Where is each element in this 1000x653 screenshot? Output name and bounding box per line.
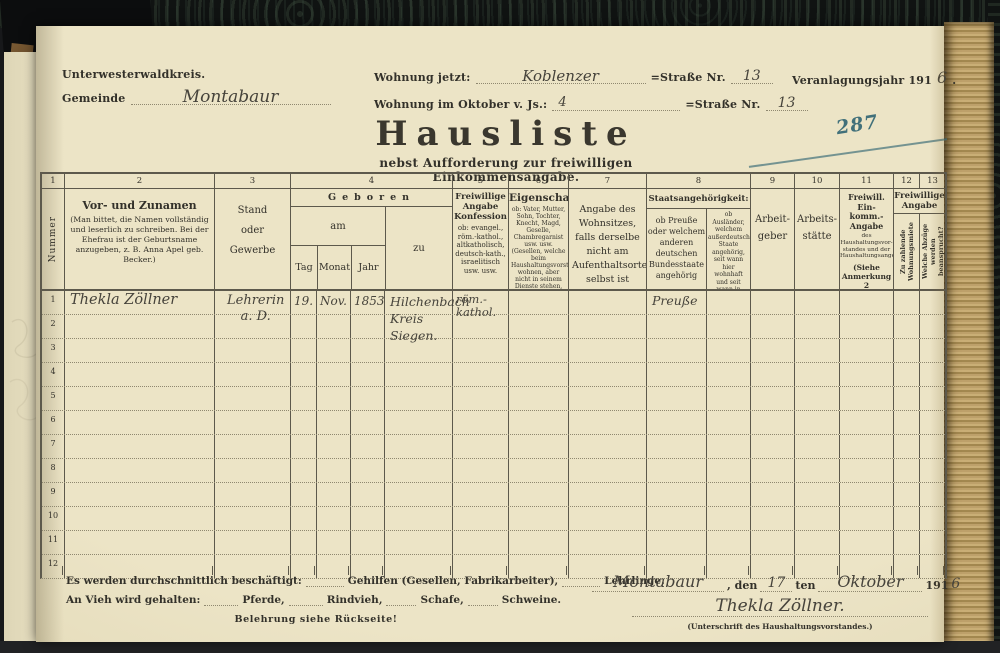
header-nummer: Nummer bbox=[42, 189, 64, 289]
cell-sta bbox=[646, 435, 706, 458]
cell-zu bbox=[384, 411, 452, 434]
column-number: 4 bbox=[290, 174, 452, 188]
beschaeftigt-label: Es werden durchschnittlich beschäftigt: bbox=[66, 575, 302, 587]
cell-eink bbox=[839, 459, 893, 482]
cell-miete bbox=[893, 387, 919, 410]
cell-eink bbox=[839, 435, 893, 458]
table-row: 4 bbox=[42, 363, 945, 387]
header-geboren-group: Geboren am Tag Monat Jahr zu bbox=[290, 189, 452, 289]
cell-wohnsitz bbox=[568, 435, 646, 458]
staat-title: Staatsangehörigkeit: bbox=[647, 189, 750, 209]
name-note: (Man bittet, die Namen vollständig und l… bbox=[65, 212, 214, 265]
table-row: 7 bbox=[42, 435, 945, 459]
cell-monat bbox=[316, 315, 350, 338]
handwritten-entry: 19. bbox=[294, 293, 313, 309]
den-label: , den bbox=[727, 579, 757, 592]
cell-name bbox=[64, 315, 214, 338]
cell-konfession bbox=[452, 363, 508, 386]
cell-tag bbox=[290, 483, 316, 506]
cell-eig bbox=[508, 315, 568, 338]
cell-wohnsitz bbox=[568, 339, 646, 362]
cell-zu bbox=[384, 459, 452, 482]
strasse-nr-okt-value: 13 bbox=[778, 95, 796, 111]
handwritten-entry: Thekla Zöllner bbox=[70, 292, 177, 308]
nummer-label: Nummer bbox=[48, 216, 58, 262]
cell-sta bbox=[646, 315, 706, 338]
blank-schafe bbox=[386, 593, 416, 606]
cell-jahr bbox=[350, 363, 384, 386]
cell-monat bbox=[316, 531, 350, 554]
cell-miete bbox=[893, 507, 919, 530]
cell-arbs bbox=[794, 387, 839, 410]
cell-jahr bbox=[350, 531, 384, 554]
cell-jahr bbox=[350, 483, 384, 506]
cell-stand bbox=[214, 387, 290, 410]
veranlagung-year-value: 6 bbox=[937, 68, 947, 87]
cell-wohnsitz bbox=[568, 483, 646, 506]
scanned-book-page: Unterwesterwaldkreis. Gemeinde Montabaur… bbox=[0, 0, 1000, 653]
wohnung-oktober-value: 4 bbox=[552, 95, 566, 110]
row-number-cell: 10 bbox=[42, 507, 64, 530]
handwritten-entry: röm.- kathol. bbox=[456, 293, 496, 319]
cell-name: Thekla Zöllner bbox=[64, 291, 214, 314]
cell-jahr bbox=[350, 387, 384, 410]
schafe-label: Schafe, bbox=[420, 594, 463, 606]
header-konfession: Freiwillige Angabe Konfession ob: evange… bbox=[452, 189, 508, 289]
column-number: 12 bbox=[893, 174, 919, 188]
staat-auslaender-label: ob Ausländer, welchem außerdeutschen Sta… bbox=[706, 209, 750, 289]
cell-arbg bbox=[750, 363, 794, 386]
cell-monat bbox=[316, 507, 350, 530]
header-arbeitgeber: Arbeit- geber bbox=[750, 189, 794, 289]
cell-wohnsitz bbox=[568, 411, 646, 434]
cell-arbg bbox=[750, 339, 794, 362]
cell-eink bbox=[839, 483, 893, 506]
cell-abz bbox=[919, 387, 945, 410]
cell-sta bbox=[646, 459, 706, 482]
belehrung-notice: Belehrung siehe Rückseite! bbox=[146, 614, 486, 625]
cell-arbs bbox=[794, 507, 839, 530]
cell-miete bbox=[893, 291, 919, 314]
cell-wohnsitz bbox=[568, 507, 646, 530]
freiwillige-angabe-title: Freiwillige Angabe bbox=[894, 189, 945, 214]
einkommen-title: Freiwill. Ein- komm.-Angabe bbox=[840, 189, 893, 231]
cell-jahr bbox=[350, 339, 384, 362]
cell-arbs bbox=[794, 339, 839, 362]
stand-label: Stand oder Gewerbe bbox=[215, 189, 290, 261]
header-freiwillige-angabe-group: Freiwillige Angabe Zu zahlende Wohnungsm… bbox=[893, 189, 945, 289]
column-number: 6 bbox=[508, 174, 568, 188]
cell-konfession bbox=[452, 435, 508, 458]
cell-monat bbox=[316, 339, 350, 362]
miete-label: Zu zahlende Wohnungsmiete bbox=[899, 214, 915, 289]
wohnung-jetzt-value: Koblenzer bbox=[522, 67, 599, 85]
cell-sta bbox=[646, 339, 706, 362]
cell-wohnsitz bbox=[568, 459, 646, 482]
column-number: 9 bbox=[750, 174, 794, 188]
cell-arbg bbox=[750, 291, 794, 314]
cell-abz bbox=[919, 291, 945, 314]
handwritten-entry: Lehrerin a. D. bbox=[227, 293, 284, 325]
wohnung-oktober-label: Wohnung im Oktober v. Js.: bbox=[374, 98, 547, 111]
cell-name bbox=[64, 339, 214, 362]
zu-label: zu bbox=[385, 207, 452, 289]
table-row: 8 bbox=[42, 459, 945, 483]
cell-arbs bbox=[794, 435, 839, 458]
column-tick bbox=[792, 566, 837, 575]
schweine-label: Schweine. bbox=[502, 594, 561, 606]
cell-konfession bbox=[452, 507, 508, 530]
table-header-row: Nummer Vor- und Zunamen (Man bittet, die… bbox=[42, 189, 945, 291]
cell-konfession bbox=[452, 411, 508, 434]
cell-sta bbox=[646, 363, 706, 386]
cell-eig bbox=[508, 411, 568, 434]
column-number: 10 bbox=[794, 174, 839, 188]
cell-arbg bbox=[750, 531, 794, 554]
cell-abz bbox=[919, 531, 945, 554]
hausliste-table: 1 2 3 4 5 6 7 8 9 10 11 12 13 Nummer Vor… bbox=[40, 172, 947, 579]
column-tick bbox=[40, 566, 62, 575]
cell-stb bbox=[706, 459, 750, 482]
name-title: Vor- und Zunamen bbox=[65, 199, 214, 212]
cell-tag bbox=[290, 531, 316, 554]
column-tick bbox=[917, 566, 943, 575]
handwritten-entry: Preuße bbox=[652, 293, 698, 309]
cell-zu bbox=[384, 435, 452, 458]
jahr-label: Jahr bbox=[351, 246, 385, 289]
table-row: 6 bbox=[42, 411, 945, 435]
cell-eink bbox=[839, 411, 893, 434]
vieh-label: An Vieh wird gehalten: bbox=[66, 594, 200, 606]
cell-sta: Preuße bbox=[646, 291, 706, 314]
cell-arbg bbox=[750, 435, 794, 458]
row-number: 3 bbox=[42, 343, 64, 352]
cell-tag bbox=[290, 411, 316, 434]
cell-sta bbox=[646, 507, 706, 530]
cell-stb bbox=[706, 483, 750, 506]
blank-rindvieh bbox=[289, 593, 323, 606]
cell-zu bbox=[384, 483, 452, 506]
am-label: am bbox=[291, 207, 385, 246]
cell-stb bbox=[706, 507, 750, 530]
cell-name bbox=[64, 387, 214, 410]
cell-abz bbox=[919, 411, 945, 434]
table-body: 1Thekla ZöllnerLehrerin a. D.19.Nov.1853… bbox=[42, 291, 945, 578]
einkommen-note: (Siehe Anmerkung 2 Rückseite) bbox=[840, 260, 893, 289]
cell-miete bbox=[893, 459, 919, 482]
row-number: 10 bbox=[42, 511, 64, 520]
gemeinde-value: Montabaur bbox=[183, 87, 279, 107]
cell-arbg bbox=[750, 507, 794, 530]
cell-eink bbox=[839, 507, 893, 530]
row-number-cell: 2 bbox=[42, 315, 64, 338]
cell-stand bbox=[214, 363, 290, 386]
cell-sta bbox=[646, 411, 706, 434]
cell-stand bbox=[214, 411, 290, 434]
staat-preusse-label: ob Preuße oder welchem anderen deutschen… bbox=[647, 209, 706, 289]
column-number: 1 bbox=[42, 174, 64, 188]
table-row: 10 bbox=[42, 507, 945, 531]
cell-tag: 19. bbox=[290, 291, 316, 314]
row-number-cell: 8 bbox=[42, 459, 64, 482]
cell-arbg bbox=[750, 387, 794, 410]
handwritten-entry: Nov. bbox=[320, 293, 347, 309]
cell-wohnsitz bbox=[568, 387, 646, 410]
cell-name bbox=[64, 507, 214, 530]
cell-arbg bbox=[750, 483, 794, 506]
column-number: 7 bbox=[568, 174, 646, 188]
blank-schweine bbox=[468, 593, 498, 606]
cell-stand: Lehrerin a. D. bbox=[214, 291, 290, 314]
einkommen-sub: des Haushaltungsvor- standes und der Hau… bbox=[840, 231, 893, 260]
cell-wohnsitz bbox=[568, 531, 646, 554]
column-number: 3 bbox=[214, 174, 290, 188]
cell-arbs bbox=[794, 411, 839, 434]
cell-sta bbox=[646, 483, 706, 506]
column-number: 13 bbox=[919, 174, 945, 188]
cell-abz bbox=[919, 339, 945, 362]
header-miete: Zu zahlende Wohnungsmiete bbox=[894, 214, 919, 289]
cell-name bbox=[64, 459, 214, 482]
cell-miete bbox=[893, 483, 919, 506]
arbeitgeber-label: Arbeit- geber bbox=[751, 189, 794, 245]
cell-monat bbox=[316, 411, 350, 434]
cell-eig bbox=[508, 435, 568, 458]
rindvieh-label: Rindvieh, bbox=[327, 594, 383, 606]
cell-jahr bbox=[350, 411, 384, 434]
table-row: 11 bbox=[42, 531, 945, 555]
signature-caption: (Unterschrift des Haushaltungsvorstandes… bbox=[632, 622, 928, 631]
cell-konfession bbox=[452, 459, 508, 482]
column-number: 5 bbox=[452, 174, 508, 188]
geboren-label: Geboren bbox=[291, 189, 452, 207]
form-title: Hausliste bbox=[306, 114, 706, 154]
header-staat-group: Staatsangehörigkeit: ob Preuße oder welc… bbox=[646, 189, 750, 289]
cell-abz bbox=[919, 459, 945, 482]
column-number: 11 bbox=[839, 174, 893, 188]
cell-tag bbox=[290, 315, 316, 338]
row-number-cell: 11 bbox=[42, 531, 64, 554]
table-row: 1Thekla ZöllnerLehrerin a. D.19.Nov.1853… bbox=[42, 291, 945, 315]
row-number: 9 bbox=[42, 487, 64, 496]
cell-eig bbox=[508, 507, 568, 530]
cell-name bbox=[64, 411, 214, 434]
cell-eig bbox=[508, 483, 568, 506]
cell-monat bbox=[316, 435, 350, 458]
cell-eig bbox=[508, 459, 568, 482]
column-numbers-row: 1 2 3 4 5 6 7 8 9 10 11 12 13 bbox=[42, 174, 945, 189]
column-number: 8 bbox=[646, 174, 750, 188]
cell-monat bbox=[316, 459, 350, 482]
header-arbeitsstaette: Arbeits- stätte bbox=[794, 189, 839, 289]
strasse-nr-label-2: =Straße Nr. bbox=[685, 98, 760, 111]
blank-pferde bbox=[204, 593, 238, 606]
cell-arbs bbox=[794, 315, 839, 338]
row-number-cell: 7 bbox=[42, 435, 64, 458]
cell-abz bbox=[919, 507, 945, 530]
cell-stb bbox=[706, 363, 750, 386]
row-number: 1 bbox=[42, 295, 64, 304]
ort-value: Montabaur bbox=[613, 572, 703, 591]
cell-arbs bbox=[794, 483, 839, 506]
cell-miete bbox=[893, 531, 919, 554]
row-number-cell: 5 bbox=[42, 387, 64, 410]
cell-arbg bbox=[750, 459, 794, 482]
cell-monat bbox=[316, 363, 350, 386]
cell-eink bbox=[839, 315, 893, 338]
row-number: 4 bbox=[42, 367, 64, 376]
cell-eink bbox=[839, 531, 893, 554]
column-tick bbox=[943, 566, 944, 575]
handwritten-entry: 1853 bbox=[354, 293, 385, 309]
registry-flourish-line bbox=[749, 138, 947, 168]
cell-arbs bbox=[794, 291, 839, 314]
cell-tag bbox=[290, 507, 316, 530]
cell-monat bbox=[316, 483, 350, 506]
cell-abz bbox=[919, 363, 945, 386]
table-row: 3 bbox=[42, 339, 945, 363]
page-stack-edge bbox=[944, 22, 994, 653]
cell-stand bbox=[214, 531, 290, 554]
header-wohnsitz: Angabe des Wohnsitzes, falls derselbe ni… bbox=[568, 189, 646, 289]
cell-tag bbox=[290, 459, 316, 482]
cell-abz bbox=[919, 483, 945, 506]
cell-stb bbox=[706, 435, 750, 458]
eigenschaft-title: Eigenschaft bbox=[509, 189, 568, 204]
cell-konfession: röm.- kathol. bbox=[452, 291, 508, 314]
cell-name bbox=[64, 435, 214, 458]
veranlagung-label: Veranlagungsjahr 191 bbox=[792, 74, 932, 87]
cell-eig bbox=[508, 387, 568, 410]
cell-stand bbox=[214, 459, 290, 482]
cell-eig bbox=[508, 291, 568, 314]
gehilfen-label: Gehilfen (Gesellen, Fabrikarbeiter), bbox=[348, 575, 558, 587]
signature-line: Thekla Zöllner. bbox=[632, 596, 928, 617]
cell-sta bbox=[646, 531, 706, 554]
row-number: 11 bbox=[42, 535, 64, 544]
strasse-nr-label-1: =Straße Nr. bbox=[651, 71, 726, 84]
cell-name bbox=[64, 531, 214, 554]
cell-eink bbox=[839, 339, 893, 362]
konfession-note: ob: evangel., röm.-kathol., altkatholisc… bbox=[453, 222, 508, 275]
konfession-title: Freiwillige Angabe Konfession bbox=[453, 189, 508, 222]
district-label: Unterwesterwaldkreis. bbox=[62, 68, 205, 81]
cell-zu bbox=[384, 387, 452, 410]
cell-zu bbox=[384, 531, 452, 554]
cell-eink bbox=[839, 363, 893, 386]
blank-gehilfen bbox=[306, 574, 344, 587]
cell-arbs bbox=[794, 531, 839, 554]
cell-stb bbox=[706, 387, 750, 410]
cell-wohnsitz bbox=[568, 291, 646, 314]
cell-wohnsitz bbox=[568, 363, 646, 386]
cell-stand bbox=[214, 435, 290, 458]
cell-stb bbox=[706, 531, 750, 554]
cell-arbg bbox=[750, 411, 794, 434]
cell-zu: Hilchenbach Kreis Siegen. bbox=[384, 291, 452, 314]
row-number-cell: 9 bbox=[42, 483, 64, 506]
row-number-cell: 6 bbox=[42, 411, 64, 434]
cell-stand bbox=[214, 507, 290, 530]
cell-name bbox=[64, 363, 214, 386]
cell-jahr bbox=[350, 435, 384, 458]
row-number: 2 bbox=[42, 319, 64, 328]
cell-stb bbox=[706, 291, 750, 314]
table-row: 5 bbox=[42, 387, 945, 411]
gemeinde-label: Gemeinde bbox=[62, 92, 126, 105]
column-tick bbox=[748, 566, 792, 575]
tag-value: 17 bbox=[767, 575, 785, 591]
wohnsitz-label: Angabe des Wohnsitzes, falls derselbe ni… bbox=[569, 189, 646, 287]
ten-label: ten bbox=[795, 579, 815, 592]
header-einkommen: Freiwill. Ein- komm.-Angabe des Haushalt… bbox=[839, 189, 893, 289]
cell-arbs bbox=[794, 363, 839, 386]
row-number: 6 bbox=[42, 415, 64, 424]
cell-miete bbox=[893, 411, 919, 434]
cell-jahr: 1853 bbox=[350, 291, 384, 314]
cell-tag bbox=[290, 435, 316, 458]
cell-stand bbox=[214, 483, 290, 506]
monat-label: Monat bbox=[317, 246, 351, 289]
cell-jahr bbox=[350, 507, 384, 530]
cell-stb bbox=[706, 339, 750, 362]
row-number-cell: 4 bbox=[42, 363, 64, 386]
jahr-label: 191 bbox=[925, 579, 948, 592]
row-number-cell: 1 bbox=[42, 291, 64, 314]
cell-zu bbox=[384, 363, 452, 386]
cell-miete bbox=[893, 339, 919, 362]
cell-konfession bbox=[452, 483, 508, 506]
cell-tag bbox=[290, 387, 316, 410]
row-number: 7 bbox=[42, 439, 64, 448]
row-number: 8 bbox=[42, 463, 64, 472]
row-number-cell: 3 bbox=[42, 339, 64, 362]
cell-miete bbox=[893, 435, 919, 458]
signature-value: Thekla Zöllner. bbox=[715, 596, 844, 616]
cell-monat bbox=[316, 387, 350, 410]
cell-tag bbox=[290, 339, 316, 362]
header-name: Vor- und Zunamen (Man bittet, die Namen … bbox=[64, 189, 214, 289]
table-row: 9 bbox=[42, 483, 945, 507]
cell-stb bbox=[706, 315, 750, 338]
jahr-value: 6 bbox=[951, 576, 960, 592]
cell-eink bbox=[839, 387, 893, 410]
cell-abz bbox=[919, 315, 945, 338]
pferde-label: Pferde, bbox=[242, 594, 284, 606]
cell-eink bbox=[839, 291, 893, 314]
header-abzuege: Welche Abzüge werden beansprucht? bbox=[919, 214, 945, 289]
arbeitsstaette-label: Arbeits- stätte bbox=[795, 189, 839, 245]
cell-monat: Nov. bbox=[316, 291, 350, 314]
cell-arbs bbox=[794, 459, 839, 482]
cell-jahr bbox=[350, 459, 384, 482]
cell-konfession bbox=[452, 531, 508, 554]
abzuege-label: Welche Abzüge werden beansprucht? bbox=[921, 214, 945, 289]
monat-value: Oktober bbox=[837, 572, 903, 591]
table-surface bbox=[0, 641, 1000, 653]
cell-eig bbox=[508, 363, 568, 386]
column-tick bbox=[704, 566, 748, 575]
cell-stand bbox=[214, 339, 290, 362]
cell-jahr bbox=[350, 315, 384, 338]
cell-miete bbox=[893, 363, 919, 386]
wohnung-jetzt-label: Wohnung jetzt: bbox=[374, 71, 471, 84]
cell-sta bbox=[646, 387, 706, 410]
veranlagung-period: . bbox=[952, 74, 956, 87]
tag-label: Tag bbox=[291, 246, 317, 289]
cell-stb bbox=[706, 411, 750, 434]
column-number: 2 bbox=[64, 174, 214, 188]
